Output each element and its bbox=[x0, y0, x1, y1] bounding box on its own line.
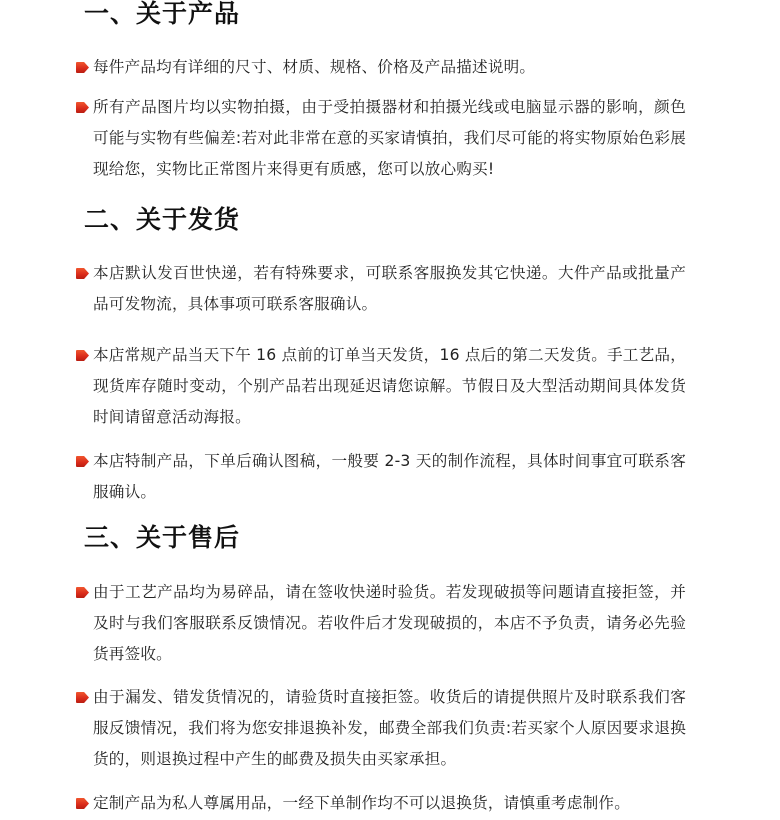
item-text: 本店常规产品当天下午 16 点前的订单当天发货，16 点后的第二天发货。手工艺品… bbox=[93, 340, 686, 433]
red-pentagon-arrow-icon bbox=[76, 587, 89, 598]
red-pentagon-arrow-icon bbox=[76, 350, 89, 361]
item-text: 定制产品为私人尊属用品，一经下单制作均不可以退换货，请慎重考虑制作。 bbox=[93, 788, 686, 819]
item-text: 本店特制产品，下单后确认图稿，一般要 2-3 天的制作流程，具体时间事宜可联系客… bbox=[93, 446, 686, 508]
list-item: 本店常规产品当天下午 16 点前的订单当天发货，16 点后的第二天发货。手工艺品… bbox=[76, 340, 686, 433]
red-pentagon-arrow-icon bbox=[76, 692, 89, 703]
list-item: 由于工艺产品均为易碎品，请在签收快递时验货。若发现破损等问题请直接拒签，并及时与… bbox=[76, 577, 686, 670]
section-heading-shipping: 二、关于发货 bbox=[84, 205, 240, 235]
item-text: 本店默认发百世快递，若有特殊要求，可联系客服换发其它快递。大件产品或批量产品可发… bbox=[93, 258, 686, 320]
section-heading-after-sales: 三、关于售后 bbox=[84, 523, 240, 553]
list-item: 由于漏发、错发货情况的，请验货时直接拒签。收货后的请提供照片及时联系我们客服反馈… bbox=[76, 682, 686, 775]
list-item: 本店特制产品，下单后确认图稿，一般要 2-3 天的制作流程，具体时间事宜可联系客… bbox=[76, 446, 686, 508]
list-item: 所有产品图片均以实物拍摄，由于受拍摄器材和拍摄光线或电脑显示器的影响，颜色可能与… bbox=[76, 92, 686, 185]
red-pentagon-arrow-icon bbox=[76, 798, 89, 809]
red-pentagon-arrow-icon bbox=[76, 62, 89, 73]
item-text: 每件产品均有详细的尺寸、材质、规格、价格及产品描述说明。 bbox=[93, 52, 686, 83]
item-text: 由于漏发、错发货情况的，请验货时直接拒签。收货后的请提供照片及时联系我们客服反馈… bbox=[93, 682, 686, 775]
item-text: 由于工艺产品均为易碎品，请在签收快递时验货。若发现破损等问题请直接拒签，并及时与… bbox=[93, 577, 686, 670]
list-item: 本店默认发百世快递，若有特殊要求，可联系客服换发其它快递。大件产品或批量产品可发… bbox=[76, 258, 686, 320]
red-pentagon-arrow-icon bbox=[76, 102, 89, 113]
section-heading-products: 一、关于产品 bbox=[84, 0, 240, 29]
list-item: 定制产品为私人尊属用品，一经下单制作均不可以退换货，请慎重考虑制作。 bbox=[76, 788, 686, 819]
red-pentagon-arrow-icon bbox=[76, 268, 89, 279]
store-policy-document: 一、关于产品 每件产品均有详细的尺寸、材质、规格、价格及产品描述说明。 所有产品… bbox=[0, 0, 780, 820]
item-text: 所有产品图片均以实物拍摄，由于受拍摄器材和拍摄光线或电脑显示器的影响，颜色可能与… bbox=[93, 92, 686, 185]
list-item: 每件产品均有详细的尺寸、材质、规格、价格及产品描述说明。 bbox=[76, 52, 686, 83]
red-pentagon-arrow-icon bbox=[76, 456, 89, 467]
